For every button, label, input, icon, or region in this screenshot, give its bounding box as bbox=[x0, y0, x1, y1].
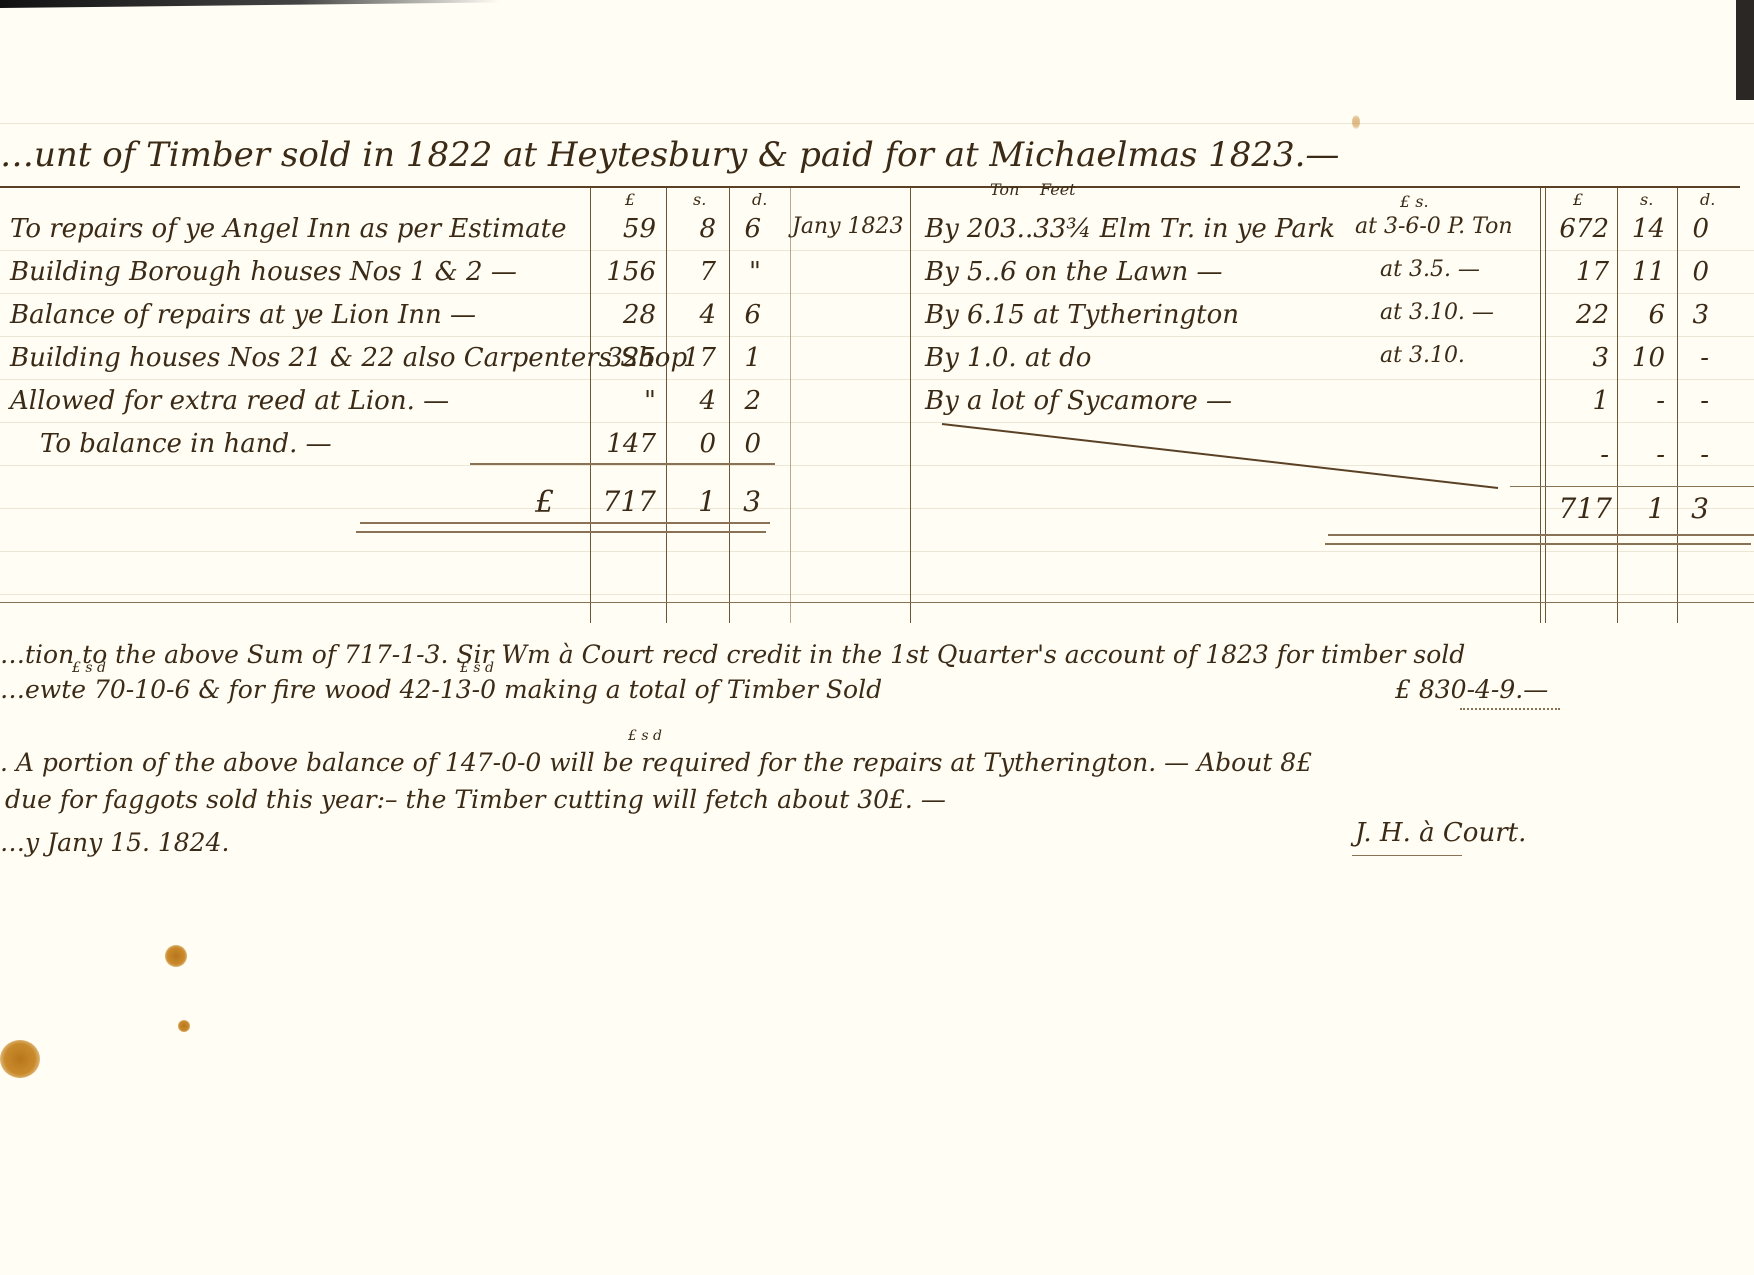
column-divider bbox=[729, 188, 730, 623]
ink-stain bbox=[178, 1020, 190, 1032]
debit-total-shillings: 1 bbox=[668, 485, 716, 518]
debit-row-pounds: " bbox=[592, 386, 656, 416]
debit-row-description: Building Borough houses Nos 1 & 2 — bbox=[10, 257, 517, 287]
debit-row-shillings: 4 bbox=[668, 300, 716, 330]
credit-row-description: By 6.15 at Tytherington bbox=[925, 300, 1239, 330]
debit-header-pounds: £ bbox=[625, 190, 635, 209]
credit-header-pence: d. bbox=[1700, 190, 1715, 209]
credit-row-pounds: 672 bbox=[1547, 214, 1609, 244]
binding-edge bbox=[1736, 0, 1754, 100]
debit-row-shillings: 17 bbox=[668, 343, 716, 373]
credit-total-shillings: 1 bbox=[1619, 492, 1665, 525]
debit-row-pounds: 59 bbox=[592, 214, 656, 244]
note-superscript: £ s d bbox=[72, 660, 106, 676]
credit-header-shillings: s. bbox=[1640, 190, 1653, 209]
credit-row-rate: at 3.5. — bbox=[1380, 257, 1480, 282]
credit-date: Jany 1823 bbox=[792, 214, 904, 239]
debit-row-pence: " bbox=[731, 257, 761, 287]
total-double-rule bbox=[1325, 543, 1751, 545]
ruled-line bbox=[0, 123, 1754, 124]
debit-row-shillings: 8 bbox=[668, 214, 716, 244]
credit-row-shillings: 11 bbox=[1619, 257, 1665, 287]
ruled-line bbox=[0, 508, 1754, 509]
credit-row-shillings: 6 bbox=[1619, 300, 1665, 330]
credit-row-pounds: - bbox=[1547, 440, 1609, 470]
note-line: …ewte 70-10-6 & for fire wood 42-13-0 ma… bbox=[0, 675, 882, 704]
signature-underline bbox=[1352, 855, 1462, 856]
credit-row-shillings: 10 bbox=[1619, 343, 1665, 373]
debit-total-currency: £ bbox=[535, 485, 554, 520]
debit-row-shillings: 0 bbox=[668, 429, 716, 459]
debit-row-pence: 0 bbox=[731, 429, 761, 459]
credit-header-rate: £ s. bbox=[1400, 192, 1429, 211]
credit-header-ton: Ton bbox=[990, 180, 1019, 199]
table-bottom-rule bbox=[0, 602, 1754, 603]
credit-row-pounds: 17 bbox=[1547, 257, 1609, 287]
debit-row-description: To balance in hand. — bbox=[40, 429, 332, 459]
credit-row-pounds: 22 bbox=[1547, 300, 1609, 330]
debit-row-shillings: 4 bbox=[668, 386, 716, 416]
credit-row-rate: at 3-6-0 P. Ton bbox=[1355, 214, 1513, 239]
ruled-line bbox=[0, 336, 1754, 337]
debit-total-pounds: 717 bbox=[592, 485, 656, 518]
signature: J. H. à Court. bbox=[1355, 818, 1526, 848]
ink-stain bbox=[165, 945, 187, 967]
cancel-stroke bbox=[940, 420, 1500, 490]
note-line: …tion to the above Sum of 717-1-3. Sir W… bbox=[0, 640, 1465, 669]
header-rule bbox=[0, 186, 1740, 188]
debit-row-description: Allowed for extra reed at Lion. — bbox=[10, 386, 449, 416]
column-divider bbox=[666, 188, 667, 623]
ruled-line bbox=[0, 379, 1754, 380]
total-double-rule bbox=[360, 522, 770, 524]
ruled-line bbox=[0, 551, 1754, 552]
credit-row-pence: 0 bbox=[1679, 257, 1709, 287]
debit-row-pence: 6 bbox=[731, 214, 761, 244]
debit-header-pence: d. bbox=[752, 190, 767, 209]
column-divider bbox=[1677, 188, 1678, 623]
credit-row-pounds: 1 bbox=[1547, 386, 1609, 416]
column-divider bbox=[1540, 188, 1541, 623]
debit-row-pence: 2 bbox=[731, 386, 761, 416]
debit-row-pence: 1 bbox=[731, 343, 761, 373]
ruled-line bbox=[0, 594, 1754, 595]
page-title: …unt of Timber sold in 1822 at Heytesbur… bbox=[0, 135, 1339, 175]
credit-total-pence: 3 bbox=[1679, 492, 1709, 525]
column-divider bbox=[910, 188, 911, 623]
credit-row-description: By 1.0. at do bbox=[925, 343, 1091, 373]
credit-header-pounds: £ bbox=[1573, 190, 1583, 209]
column-divider bbox=[1545, 188, 1546, 623]
column-divider bbox=[1617, 188, 1618, 623]
debit-row-description: Building houses Nos 21 & 22 also Carpent… bbox=[10, 343, 687, 373]
debit-row-description: Balance of repairs at ye Lion Inn — bbox=[10, 300, 476, 330]
total-double-rule bbox=[356, 531, 766, 533]
ink-stain bbox=[0, 1040, 40, 1078]
credit-row-pence: 3 bbox=[1679, 300, 1709, 330]
ink-stain bbox=[1352, 115, 1360, 129]
ruled-line bbox=[0, 250, 1754, 251]
credit-row-pounds: 3 bbox=[1547, 343, 1609, 373]
note-total: £ 830-4-9.— bbox=[1395, 675, 1548, 704]
note-superscript: £ s d bbox=[460, 660, 494, 676]
ruled-line bbox=[0, 293, 1754, 294]
credit-total-pounds: 717 bbox=[1532, 492, 1612, 525]
debit-total-pence: 3 bbox=[731, 485, 761, 518]
debit-row-shillings: 7 bbox=[668, 257, 716, 287]
note-date: …y Jany 15. 1824. bbox=[0, 828, 229, 857]
debit-row-pounds: 325 bbox=[592, 343, 656, 373]
credit-row-pence: 0 bbox=[1679, 214, 1709, 244]
note-superscript: £ s d bbox=[628, 728, 662, 744]
debit-row-pounds: 28 bbox=[592, 300, 656, 330]
credit-row-rate: at 3.10. — bbox=[1380, 300, 1494, 325]
total-double-rule bbox=[1328, 534, 1754, 536]
credit-row-description: By 203..33¾ Elm Tr. in ye Park bbox=[925, 214, 1335, 244]
debit-header-shillings: s. bbox=[693, 190, 706, 209]
credit-row-rate: at 3.10. bbox=[1380, 343, 1465, 368]
credit-row-shillings: - bbox=[1619, 386, 1665, 416]
credit-row-shillings: 14 bbox=[1619, 214, 1665, 244]
credit-row-description: By 5..6 on the Lawn — bbox=[925, 257, 1222, 287]
credit-row-pence: - bbox=[1679, 386, 1709, 416]
debit-row-pounds: 156 bbox=[592, 257, 656, 287]
debit-row-pounds: 147 bbox=[592, 429, 656, 459]
debit-row-pence: 6 bbox=[731, 300, 761, 330]
page-edge-shadow bbox=[0, 0, 500, 8]
debit-row-description: To repairs of ye Angel Inn as per Estima… bbox=[10, 214, 567, 244]
credit-row-pence: - bbox=[1679, 440, 1709, 470]
column-divider bbox=[790, 188, 791, 623]
note-line: due for faggots sold this year:– the Tim… bbox=[5, 785, 946, 814]
sum-rule bbox=[470, 463, 775, 465]
sum-rule bbox=[1510, 486, 1754, 487]
total-underline bbox=[1460, 708, 1560, 710]
credit-row-description: By a lot of Sycamore — bbox=[925, 386, 1232, 416]
credit-row-pence: - bbox=[1679, 343, 1709, 373]
credit-header-feet: Feet bbox=[1040, 180, 1076, 199]
column-divider bbox=[590, 188, 591, 623]
credit-row-shillings: - bbox=[1619, 440, 1665, 470]
note-line: . A portion of the above balance of 147-… bbox=[0, 748, 1312, 777]
